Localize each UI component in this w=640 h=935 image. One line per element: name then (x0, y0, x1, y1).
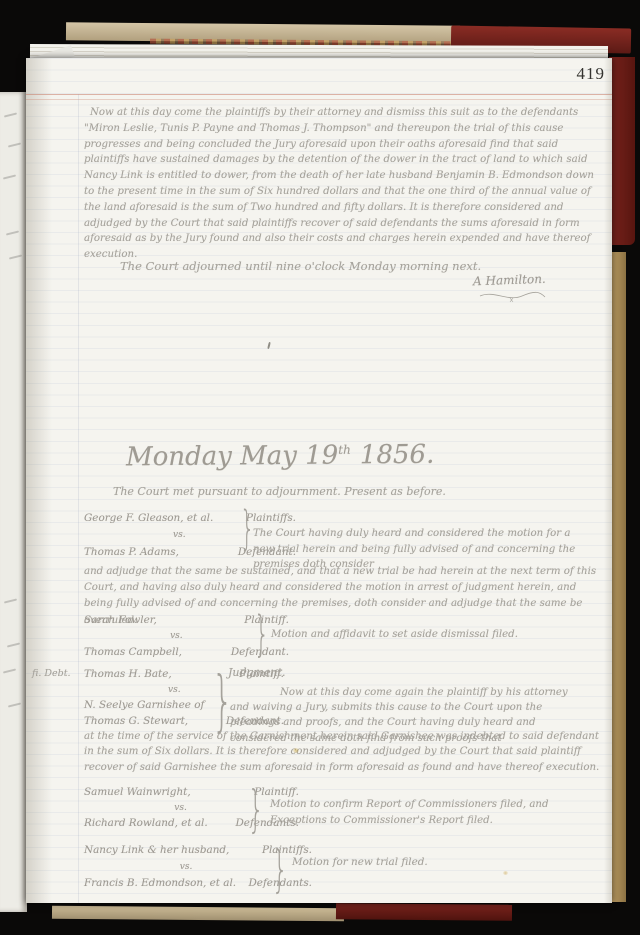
heading-ordinal: th (338, 443, 351, 457)
book-spine-cloth-bottom (52, 906, 344, 922)
session-opening-line: The Court met pursuant to adjournment. P… (113, 485, 446, 498)
case-brace (254, 610, 269, 658)
defendant-name: Thomas G. Stewart, (84, 714, 188, 730)
plaintiff-name: Nancy Link & her husband, (84, 842, 229, 859)
plaintiff-name: Samuel Wainwright, (84, 785, 191, 801)
versus-label: vs. (84, 801, 299, 817)
defendant-name: Francis B. Edmondson, et al. (84, 875, 236, 892)
plaintiff-line: George F. Gleason, et al. Plaintiffs. (84, 510, 296, 527)
ink-blot (267, 342, 271, 349)
plaintiff-name: Sarah Fowler, (84, 612, 157, 628)
case-docket-note: Motion and affidavit to set aside dismis… (271, 629, 591, 640)
foxing-spot (293, 748, 299, 753)
case-docket-note: Motion to confirm Report of Commissioner… (270, 797, 600, 828)
adjournment-line: The Court adjourned until nine o'clock M… (120, 259, 481, 273)
book-fore-edge (611, 252, 626, 902)
defendant-name: Thomas Campbell, (84, 644, 182, 660)
margin-line (78, 94, 79, 903)
foxing-spot (503, 871, 508, 875)
heading-day: Monday May 19 (126, 440, 339, 472)
header-rule (26, 94, 612, 100)
verdict-paragraph: Now at this day come the plaintiffs by t… (84, 105, 604, 263)
ledger-page: 419 Now at this day come the plaintiffs … (26, 58, 612, 903)
defendant-name: Thomas P. Adams, (84, 544, 179, 561)
plaintiff-line: Samuel Wainwright, Plaintiff. (84, 785, 299, 801)
case-brace (272, 844, 288, 894)
plaintiff-name: George F. Gleason, et al. (84, 510, 213, 527)
book-leather-corner-bottom (336, 903, 512, 921)
margin-docket-note: fi. Debt. (32, 668, 71, 679)
case-brace (248, 784, 264, 834)
plaintiff-name: Thomas H. Bate, (84, 667, 172, 683)
judgment-title: Judgment. (228, 666, 286, 679)
page-number: 419 (577, 64, 606, 84)
photograph-background: 419 Now at this day come the plaintiffs … (0, 0, 640, 935)
defendant-line: Richard Rowland, et al. Defendants. (84, 816, 299, 832)
heading-year: 1856. (360, 440, 435, 471)
book-leather-edge-right (609, 57, 635, 245)
defendant-name: Richard Rowland, et al. (84, 816, 208, 832)
case-order-text-continued: at the time of the service of the Garnis… (84, 729, 604, 775)
case-caption-wainwright-v-rowland: Samuel Wainwright, Plaintiff. vs. Richar… (84, 785, 299, 832)
case-docket-note: Motion for new trial filed. (292, 856, 428, 868)
session-date-heading: Monday May 19th1856. (126, 440, 435, 473)
clerk-signature: A Hamilton. (473, 272, 546, 289)
signature-flourish (476, 288, 548, 304)
previous-page-sliver (0, 92, 27, 912)
